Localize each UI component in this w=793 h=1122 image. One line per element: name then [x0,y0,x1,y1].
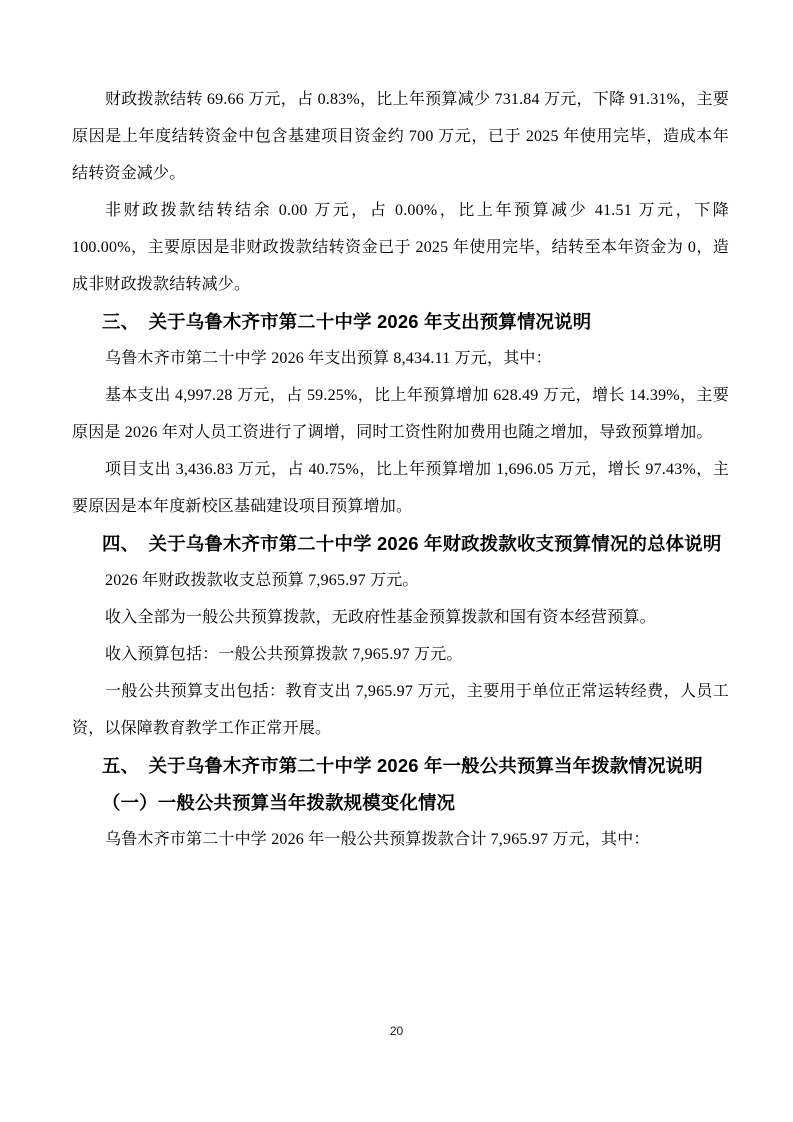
sub-section-heading: （一）一般公共预算当年拨款规模变化情况 [72,784,729,821]
body-paragraph: 非财政拨款结转结余 0.00 万元，占 0.00%，比上年预算减少 41.51 … [72,192,729,303]
document-body: 财政拨款结转 69.66 万元，占 0.83%，比上年预算减少 731.84 万… [72,81,729,858]
body-paragraph: 一般公共预算支出包括：教育支出 7,965.97 万元，主要用于单位正常运转经费… [72,673,729,747]
body-paragraph: 2026 年财政拨款收支总预算 7,965.97 万元。 [72,562,729,599]
body-paragraph: 收入全部为一般公共预算拨款，无政府性基金预算拨款和国有资本经营预算。 [72,599,729,636]
document-page: 财政拨款结转 69.66 万元，占 0.83%，比上年预算减少 731.84 万… [0,0,793,1122]
body-paragraph: 乌鲁木齐市第二十中学 2026 年一般公共预算拨款合计 7,965.97 万元，… [72,821,729,858]
body-paragraph: 基本支出 4,997.28 万元，占 59.25%，比上年预算增加 628.49… [72,377,729,451]
section-heading: 五、 关于乌鲁木齐市第二十中学 2026 年一般公共预算当年拨款情况说明 [72,747,729,784]
body-paragraph: 项目支出 3,436.83 万元，占 40.75%，比上年预算增加 1,696.… [72,451,729,525]
page-number: 20 [0,1024,793,1038]
body-paragraph: 乌鲁木齐市第二十中学 2026 年支出预算 8,434.11 万元，其中： [72,340,729,377]
section-heading: 三、 关于乌鲁木齐市第二十中学 2026 年支出预算情况说明 [72,303,729,340]
section-heading: 四、 关于乌鲁木齐市第二十中学 2026 年财政拨款收支预算情况的总体说明 [72,525,729,562]
body-paragraph: 收入预算包括：一般公共预算拨款 7,965.97 万元。 [72,636,729,673]
body-paragraph: 财政拨款结转 69.66 万元，占 0.83%，比上年预算减少 731.84 万… [72,81,729,192]
